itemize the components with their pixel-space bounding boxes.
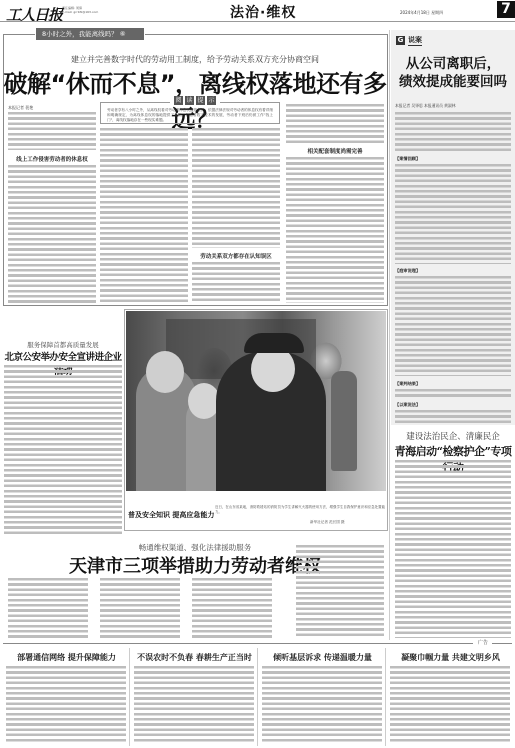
main-col4-text2: [286, 157, 384, 303]
case-text-law: [395, 410, 511, 423]
main-subhead-2: 劳动关系双方都存在认知误区: [192, 252, 280, 260]
reading-tip-text: 劳动者享有八小时之外，从离线权看对劳动者休息权益的保护，依据法律法规对劳动者的休…: [101, 103, 279, 123]
ad-headline-1: 部署通信网络 提升保障能力: [4, 652, 129, 663]
tianjin-col3: [192, 578, 272, 638]
main-col3-text2: [192, 262, 280, 303]
series-tag: 8小时之外，我能离线吗？ ⑥: [36, 28, 144, 40]
photo-caption-title: 普及安全知识 提高应急能力: [128, 510, 214, 520]
case-sec-reasoning: 【庭审说理】: [395, 268, 420, 274]
case-headline-line1: 从公司离职后，: [391, 55, 515, 73]
ad-text-3: [262, 666, 382, 744]
ad-headline-4: 凝聚巾帼力量 共建文明乡风: [388, 652, 513, 663]
ad-divider-right: [492, 643, 512, 644]
main-col4-text: [286, 104, 384, 144]
column-rule: [129, 648, 130, 746]
case-sec-result: 【案判结果】: [395, 381, 420, 387]
tianjin-col1: [8, 578, 88, 638]
ad-text-1: [6, 666, 126, 744]
case-tag-label: 说案: [408, 35, 422, 46]
issue-date: 2024年4月18日 星期四: [400, 10, 443, 16]
ad-headline-3: 倾听基层诉求 传递温暖力量: [260, 652, 385, 663]
case-tag-icon: G: [396, 36, 405, 45]
main-subhead-3: 相关配套制度尚需完善: [286, 147, 384, 155]
case-sec-law: 【以案说法】: [395, 402, 420, 408]
main-col1-text2: [8, 165, 96, 303]
column-rule: [389, 30, 390, 640]
left-story-kicker: 服务保障首都高质量发展: [4, 340, 122, 349]
reading-tip-box: 劳动者享有八小时之外，从离线权看对劳动者休息权益的保护，依据法律法规对劳动者的休…: [100, 102, 280, 124]
ad-text-2: [134, 666, 254, 744]
reading-tip-char: 提: [196, 96, 205, 105]
photo-credit: 新华社记者 范长国 摄: [310, 520, 345, 525]
reading-tip-label: 阅 读 提 示: [170, 96, 220, 105]
main-subhead-1: 线上工作侵害劳动者的休息权: [8, 155, 96, 163]
qinghai-text: [395, 460, 511, 638]
reading-tip-char: 示: [207, 96, 216, 105]
main-col3-text: [192, 128, 280, 248]
qinghai-kicker: 建设法治民企、清廉民企: [391, 430, 515, 442]
case-byline: 本报记者 吴铎思 本报通讯员 黄淑林: [395, 103, 513, 109]
photo-caption-text: 近日，在山东省某地，消防救援站的消防员为学生讲解灭火器的使用方法，增强学生自我保…: [215, 505, 385, 517]
case-text-facts: [395, 164, 511, 264]
case-text-reasoning: [395, 276, 511, 376]
header-divider: [0, 21, 515, 22]
tianjin-col2: [100, 578, 180, 638]
frame-top-right: [145, 34, 388, 35]
masthead-email: E-mail: grrbfz@163.com: [62, 10, 107, 14]
column-rule: [257, 648, 258, 746]
ad-headline-2: 不误农时不负春 春耕生产正当时: [132, 652, 257, 663]
column-rule: [385, 648, 386, 746]
case-text-result: [395, 389, 511, 399]
fire-safety-photo: [126, 311, 386, 491]
photo-student-face: [146, 351, 184, 393]
masthead-editor-info: 责任编辑: 周倩 E-mail: grrbfz@163.com: [62, 6, 107, 14]
ad-label: 广告: [478, 639, 488, 646]
case-headline-line2: 绩效提成能要回吗: [391, 73, 515, 91]
main-col1-text: [8, 112, 96, 150]
frame-top-left: [3, 34, 35, 35]
page-number: 7: [497, 1, 515, 18]
reading-tip-char: 读: [185, 96, 194, 105]
case-headline: 从公司离职后， 绩效提成能要回吗: [391, 55, 515, 91]
main-col2-text: [100, 128, 188, 303]
case-intro: [395, 112, 511, 152]
photo-firefighter-cap: [244, 333, 304, 353]
left-story-text: [4, 365, 122, 535]
tianjin-col4: [296, 545, 384, 638]
ad-text-4: [390, 666, 510, 744]
photo-fire-extinguisher: [331, 371, 357, 471]
case-sec-facts: 【案情回顾】: [395, 156, 420, 162]
ad-divider: [3, 643, 473, 644]
reading-tip-char: 阅: [174, 96, 183, 105]
main-byline: 本报记者 裴艳: [8, 105, 33, 111]
section-title: 法治·维权: [230, 2, 296, 22]
